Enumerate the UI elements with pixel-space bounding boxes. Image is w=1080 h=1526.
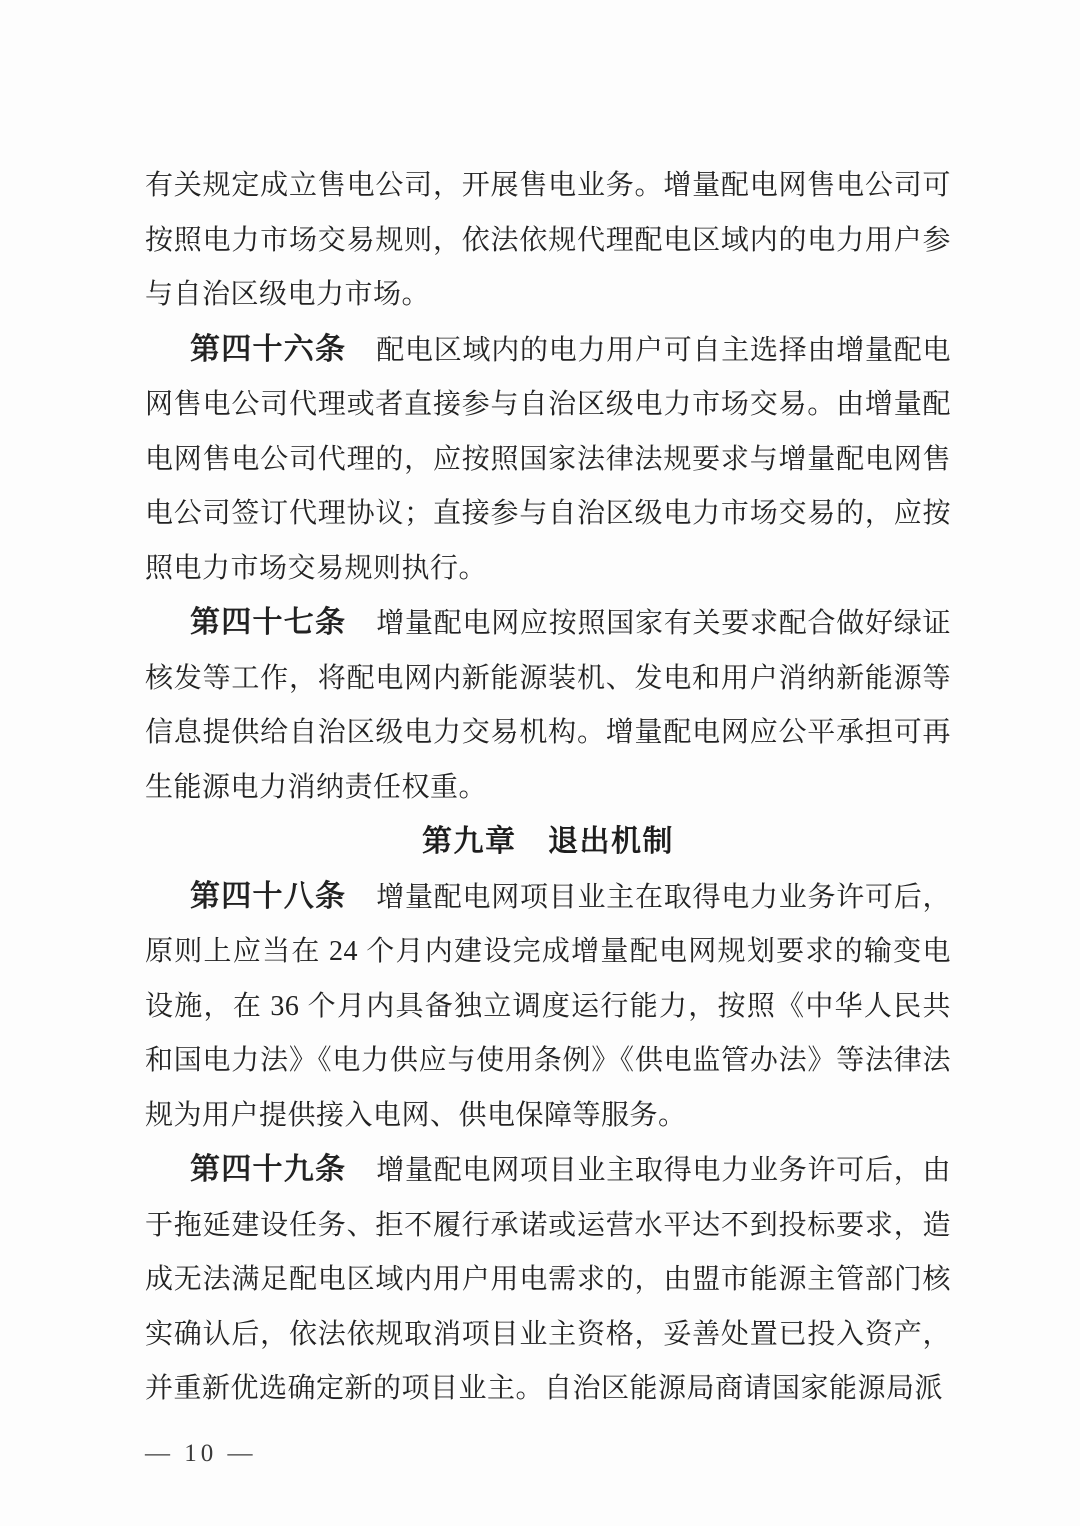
- article-47-label: 第四十七条: [190, 606, 346, 639]
- paragraph-article-49: 第四十九条增量配电网项目业主取得电力业务许可后，由于拖延建设任务、拒不履行承诺或…: [145, 1143, 951, 1417]
- paragraph-continuation: 有关规定成立售电公司，开展售电业务。增量配电网售电公司可按照电力市场交易规则，依…: [145, 159, 951, 323]
- article-48-label: 第四十八条: [190, 880, 346, 913]
- paragraph-article-48: 第四十八条增量配电网项目业主在取得电力业务许可后，原则上应当在 24 个月内建设…: [145, 870, 951, 1144]
- article-46-text: 配电区域内的电力用户可自主选择由增量配电网售电公司代理或者直接参与自治区级电力市…: [145, 335, 951, 584]
- article-49-label: 第四十九条: [190, 1153, 346, 1186]
- article-46-label: 第四十六条: [190, 333, 346, 366]
- article-49-text: 增量配电网项目业主取得电力业务许可后，由于拖延建设任务、拒不履行承诺或运营水平达…: [145, 1155, 951, 1404]
- article-48-text: 增量配电网项目业主在取得电力业务许可后，原则上应当在 24 个月内建设完成增量配…: [145, 882, 951, 1131]
- page-number: — 10 —: [145, 1438, 257, 1470]
- paragraph-article-47: 第四十七条增量配电网应按照国家有关要求配合做好绿证核发等工作，将配电网内新能源装…: [145, 596, 951, 815]
- chapter-heading: 第九章 退出机制: [145, 815, 951, 870]
- paragraph-article-46: 第四十六条配电区域内的电力用户可自主选择由增量配电网售电公司代理或者直接参与自治…: [145, 323, 951, 597]
- document-body: 有关规定成立售电公司，开展售电业务。增量配电网售电公司可按照电力市场交易规则，依…: [145, 159, 951, 1417]
- document-page: 有关规定成立售电公司，开展售电业务。增量配电网售电公司可按照电力市场交易规则，依…: [0, 0, 1080, 1526]
